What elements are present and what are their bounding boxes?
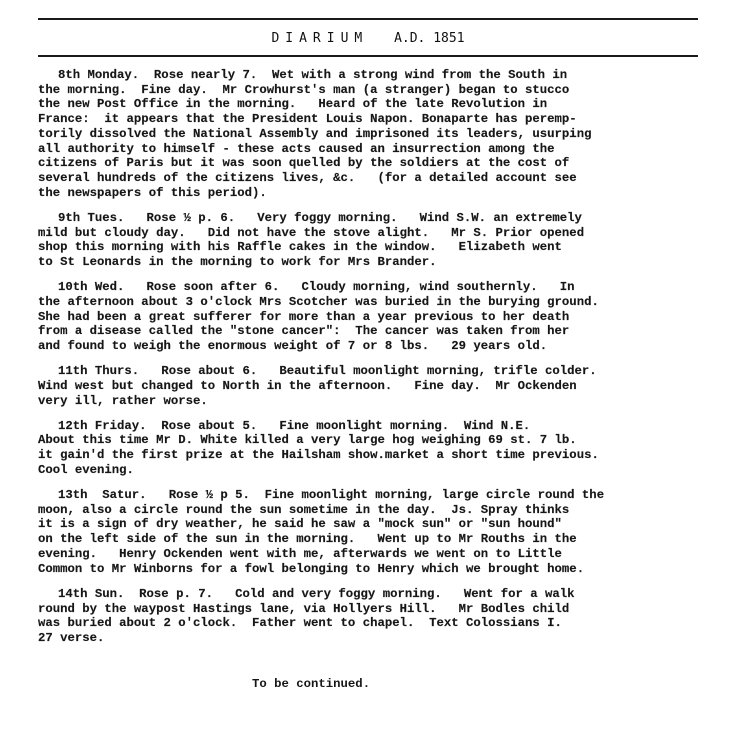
entry-first-line: 11th Thurs. Rose about 6. Beautiful moon… [38,364,728,379]
entry-line: from a disease called the "stone cancer"… [38,324,728,339]
entry-line: very ill, rather worse. [38,394,728,409]
entry-line: it gain'd the first prize at the Hailsha… [38,448,728,463]
entry-line: and found to weigh the enormous weight o… [38,339,728,354]
entry-line: She had been a great sufferer for more t… [38,310,728,325]
entry-line: the newspapers of this period). [38,186,728,201]
entry-line: Common to Mr Winborns for a fowl belongi… [38,562,728,577]
diary-entry: 8th Monday. Rose nearly 7. Wet with a st… [38,68,728,200]
entry-first-line: 8th Monday. Rose nearly 7. Wet with a st… [38,68,728,83]
entry-line: 27 verse. [38,631,728,646]
entry-line: the afternoon about 3 o'clock Mrs Scotch… [38,295,728,310]
entry-line: round by the waypost Hastings lane, via … [38,602,728,617]
entry-line: to St Leonards in the morning to work fo… [38,255,728,270]
page-header: DIARIUM A.D. 1851 [38,31,698,46]
diary-entry: 10th Wed. Rose soon after 6. Cloudy morn… [38,280,728,354]
header-title: DIARIUM [271,31,368,46]
diary-page: DIARIUM A.D. 1851 8th Monday. Rose nearl… [0,0,733,741]
diary-entries: 8th Monday. Rose nearly 7. Wet with a st… [38,68,728,656]
entry-line: the new Post Office in the morning. Hear… [38,97,728,112]
diary-entry: 12th Friday. Rose about 5. Fine moonligh… [38,419,728,478]
entry-first-line: 13th Satur. Rose ½ p 5. Fine moonlight m… [38,488,728,503]
entry-first-line: 12th Friday. Rose about 5. Fine moonligh… [38,419,728,434]
entry-line: citizens of Paris but it was soon quelle… [38,156,728,171]
entry-line: About this time Mr D. White killed a ver… [38,433,728,448]
diary-entry: 11th Thurs. Rose about 6. Beautiful moon… [38,364,728,408]
entry-line: torily dissolved the National Assembly a… [38,127,728,142]
entry-line: France: it appears that the President Lo… [38,112,728,127]
entry-line: it is a sign of dry weather, he said he … [38,517,728,532]
entry-line: several hundreds of the citizens lives, … [38,171,728,186]
closing-note: To be continued. [252,677,370,691]
top-rule [38,18,698,20]
diary-entry: 13th Satur. Rose ½ p 5. Fine moonlight m… [38,488,728,576]
entry-line: all authority to himself - these acts ca… [38,142,728,157]
entry-line: shop this morning with his Raffle cakes … [38,240,728,255]
entry-line: mild but cloudy day. Did not have the st… [38,226,728,241]
diary-entry: 9th Tues. Rose ½ p. 6. Very foggy mornin… [38,211,728,270]
entry-first-line: 14th Sun. Rose p. 7. Cold and very foggy… [38,587,728,602]
header-bottom-rule [38,55,698,57]
entry-line: moon, also a circle round the sun someti… [38,503,728,518]
entry-line: Cool evening. [38,463,728,478]
entry-line: on the left side of the sun in the morni… [38,532,728,547]
diary-entry: 14th Sun. Rose p. 7. Cold and very foggy… [38,587,728,646]
entry-first-line: 9th Tues. Rose ½ p. 6. Very foggy mornin… [38,211,728,226]
entry-line: was buried about 2 o'clock. Father went … [38,616,728,631]
header-year: A.D. 1851 [394,31,464,46]
entry-line: Wind west but changed to North in the af… [38,379,728,394]
entry-line: the morning. Fine day. Mr Crowhurst's ma… [38,83,728,98]
entry-line: evening. Henry Ockenden went with me, af… [38,547,728,562]
entry-first-line: 10th Wed. Rose soon after 6. Cloudy morn… [38,280,728,295]
